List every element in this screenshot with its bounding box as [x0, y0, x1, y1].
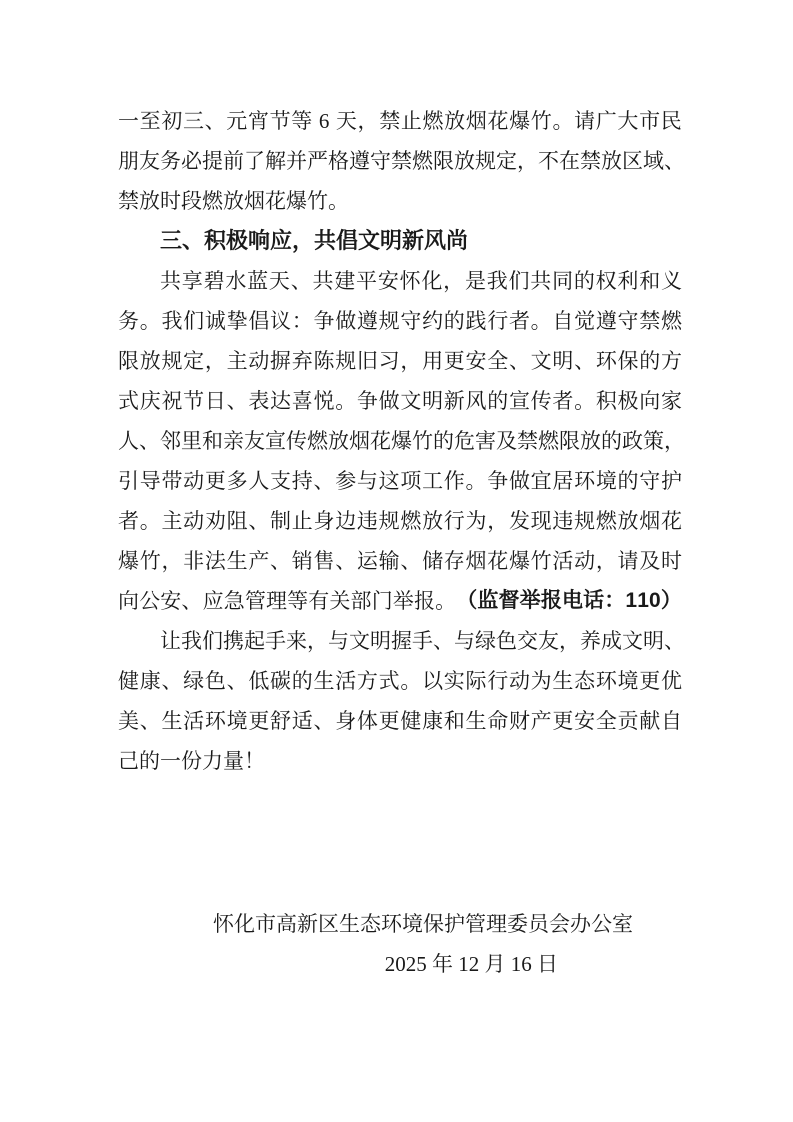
- document-body: 一至初三、元宵节等 6 天，禁止燃放烟花爆竹。请广大市民朋友务必提前了解并严格遵…: [118, 101, 682, 781]
- section-heading: 三、积极响应，共倡文明新风尚: [118, 221, 682, 261]
- text-line: 禁放时段燃放烟花爆竹。: [118, 181, 682, 221]
- text-line: 限放规定，主动摒弃陈规旧习，用更安全、文明、环保的方: [118, 341, 682, 381]
- text-line: 引导带动更多人支持、参与这项工作。争做宜居环境的守护: [118, 461, 682, 501]
- signature-date: 2025 年 12 月 16 日: [118, 944, 682, 984]
- text-line: 健康、绿色、低碳的生活方式。以实际行动为生态环境更优: [118, 661, 682, 701]
- text-line: 务。我们诚挚倡议：争做遵规守约的践行者。自觉遵守禁燃: [118, 301, 682, 341]
- text-line: 己的一份力量！: [118, 741, 682, 781]
- text-line: 人、邻里和亲友宣传燃放烟花爆竹的危害及禁燃限放的政策，: [118, 421, 682, 461]
- signature-block: 怀化市高新区生态环境保护管理委员会办公室 2025 年 12 月 16 日: [118, 904, 682, 984]
- text-line: 者。主动劝阻、制止身边违规燃放行为，发现违规燃放烟花: [118, 501, 682, 541]
- text-line: 向公安、应急管理等有关部门举报。（监督举报电话：110）: [118, 581, 682, 621]
- text-line: 一至初三、元宵节等 6 天，禁止燃放烟花爆竹。请广大市民: [118, 101, 682, 141]
- text-line: 朋友务必提前了解并严格遵守禁燃限放规定，不在禁放区域、: [118, 141, 682, 181]
- text-line: 共享碧水蓝天、共建平安怀化，是我们共同的权利和义: [118, 261, 682, 301]
- text-line: 美、生活环境更舒适、身体更健康和生命财产更安全贡献自: [118, 701, 682, 741]
- signature-org: 怀化市高新区生态环境保护管理委员会办公室: [118, 904, 682, 944]
- text-line: 式庆祝节日、表达喜悦。争做文明新风的宣传者。积极向家: [118, 381, 682, 421]
- document-page: 一至初三、元宵节等 6 天，禁止燃放烟花爆竹。请广大市民朋友务必提前了解并严格遵…: [0, 0, 793, 1122]
- text-line: 爆竹，非法生产、销售、运输、储存烟花爆竹活动，请及时: [118, 541, 682, 581]
- text-line: 让我们携起手来，与文明握手、与绿色交友，养成文明、: [118, 621, 682, 661]
